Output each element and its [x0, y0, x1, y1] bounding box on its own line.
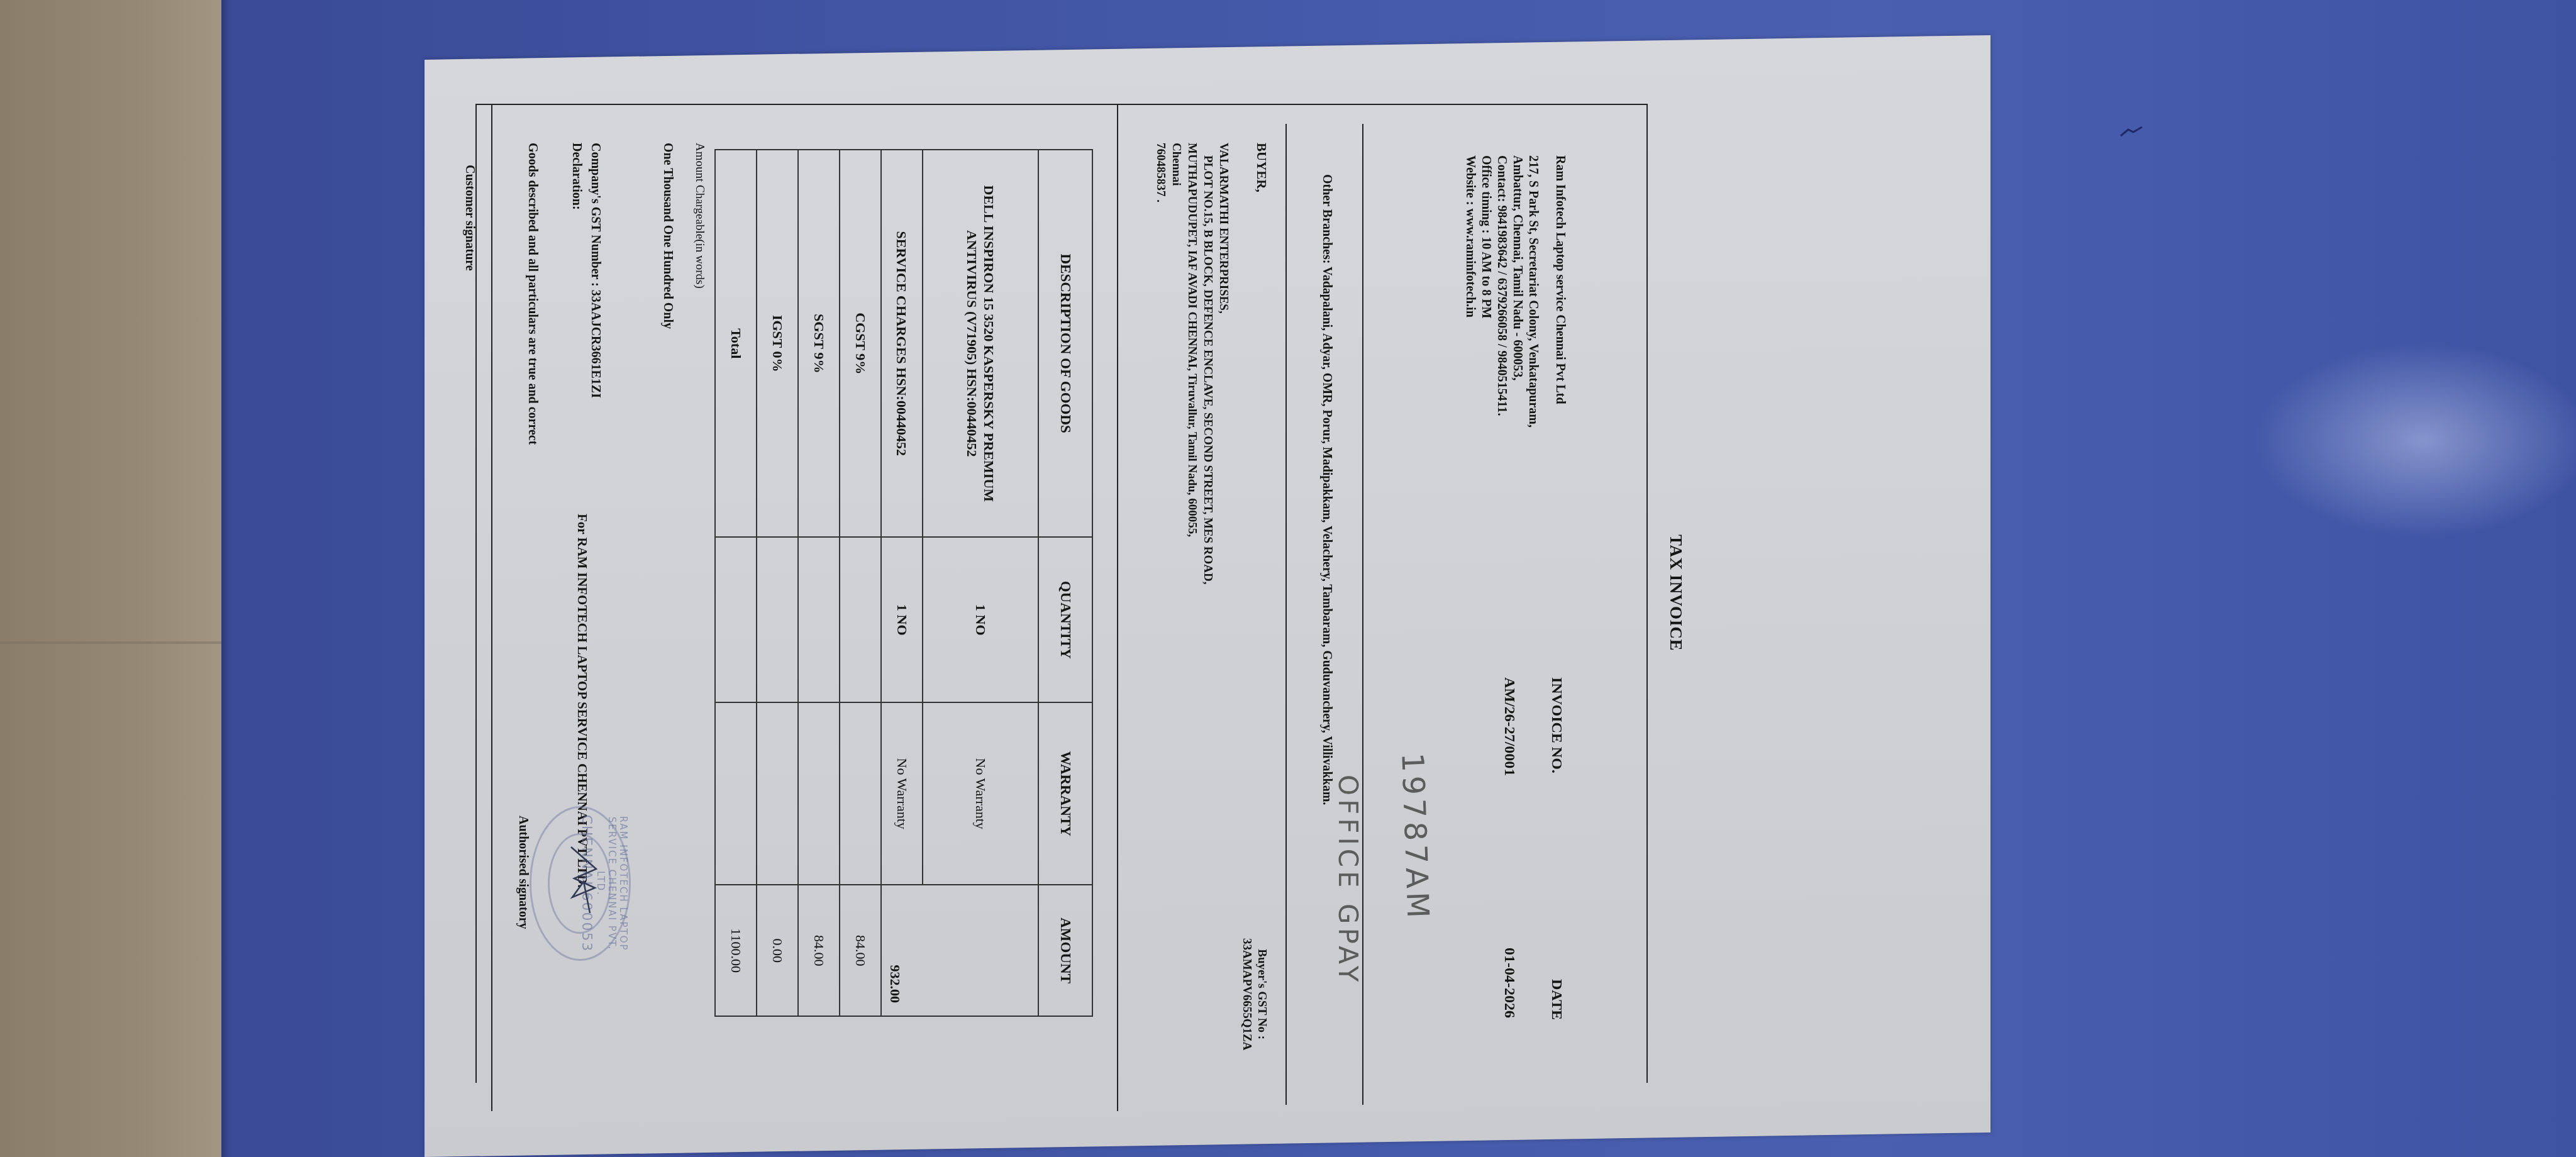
buyer-phone: 7604858​37 .	[1153, 143, 1169, 772]
seller-address-line: 217, S Park St, Secretariat Colony, Venk…	[1525, 155, 1541, 658]
empty-cell	[757, 537, 798, 702]
invoice-frame: Ram Infotech Laptop service Chennai Pvt …	[475, 104, 1648, 1083]
invoice-number-label: INVOICE NO.	[1548, 677, 1565, 773]
date-label: DATE	[1548, 979, 1565, 1020]
declaration-text: Goods described and all particulars are …	[525, 143, 540, 445]
section-divider	[1117, 105, 1118, 1111]
tax-row: IGST 0% 0.00	[757, 150, 798, 1016]
tax-label: SGST 9%	[798, 150, 840, 537]
buyer-block: BUYER, VALARMATHI ENTERPRISES, PLOT NO.1…	[1153, 143, 1269, 772]
declaration-label: Declaration:	[569, 143, 584, 210]
tax-amount: 84.00	[840, 885, 881, 1016]
customer-signature-label: Customer signature	[462, 165, 477, 271]
total-amount: 1100.00	[715, 885, 757, 1016]
item-quantity: 1 NO	[923, 537, 1038, 702]
signature-scribble-icon	[565, 844, 602, 919]
total-label: Total	[715, 150, 757, 537]
item-description: SERVICE CHARGES HSN:00440452	[881, 150, 923, 537]
empty-cell	[798, 537, 840, 702]
desk-edge	[221, 0, 230, 1157]
tax-row: SGST 9% 84.00	[798, 150, 840, 1016]
empty-cell	[715, 702, 757, 885]
header-amount: AMOUNT	[1038, 885, 1092, 1016]
item-quantity: 1 NO	[881, 537, 923, 702]
empty-cell	[798, 702, 840, 885]
empty-cell	[840, 537, 881, 702]
total-row: Total 1100.00	[715, 150, 757, 1016]
item-warranty: No Warranty	[923, 702, 1038, 885]
table-header-row: DESCRIPTION OF GOODS QUANTITY WARRANTY A…	[1038, 150, 1092, 1016]
empty-cell	[840, 702, 881, 885]
seller-address-line: Ambattur, Chennai, Tamil Nadu - 600053,	[1509, 155, 1525, 658]
floor-tile-seam	[0, 641, 226, 644]
header-quantity: QUANTITY	[1038, 537, 1092, 702]
document-title: TAX INVOICE	[1666, 79, 1685, 1107]
floor-background	[0, 0, 226, 1157]
item-amount: 932.00	[881, 885, 1038, 1016]
tax-amount: 0.00	[757, 885, 798, 1016]
invoice-number: AM/26-27/0001	[1501, 677, 1518, 776]
table-row: DELL INSPIRON 15 3520 KASPERSKY PREMIUM …	[923, 150, 1038, 1016]
empty-cell	[715, 537, 757, 702]
header-warranty: WARRANTY	[1038, 702, 1092, 885]
buyer-label: BUYER,	[1253, 143, 1269, 772]
authorised-signatory-label: Authorised signatory	[516, 816, 530, 929]
buyer-address-line: PLOT NO.15, B BLOCK, DEFENCE ENCLAVE, SE…	[1200, 143, 1216, 772]
other-branches-text: Other Branches: Vadapalani, Adyar, OMR, …	[1319, 174, 1334, 805]
item-warranty: No Warranty	[881, 702, 923, 885]
amount-in-words: One Thousand One Hundred Only	[660, 143, 675, 329]
company-gst-number: Company's GST Number : 33AAJCR3661E1ZI	[588, 143, 602, 398]
tax-label: CGST 9%	[840, 150, 881, 537]
buyer-gst-block: Buyer's GST No : 33AMAPV6655Q1ZA	[1239, 938, 1269, 1050]
seller-block: Ram Infotech Laptop service Chennai Pvt …	[1462, 155, 1568, 658]
amount-words-label: Amount Chargeable(in words)	[692, 143, 706, 289]
header-description: DESCRIPTION OF GOODS	[1038, 150, 1092, 537]
tax-amount: 84.00	[798, 885, 840, 1016]
buyer-name: VALARMATHI ENTERPRISES,	[1216, 143, 1231, 772]
seller-contact: Contact: 9841983642 / 6379266058 / 98405…	[1494, 155, 1509, 658]
seller-name: Ram Infotech Laptop service Chennai Pvt …	[1552, 155, 1568, 658]
buyer-city: Chennai	[1169, 143, 1184, 772]
tax-invoice-document: TAX INVOICE Ram Infotech Laptop service …	[531, 79, 1726, 1107]
tax-label: IGST 0%	[757, 150, 798, 537]
items-table: DESCRIPTION OF GOODS QUANTITY WARRANTY A…	[714, 149, 1093, 1017]
other-branches-bar: Other Branches: Vadapalani, Adyar, OMR, …	[1285, 124, 1363, 1105]
empty-cell	[757, 702, 798, 885]
item-description: DELL INSPIRON 15 3520 KASPERSKY PREMIUM …	[923, 150, 1038, 537]
buyer-address-line: MUTHAPUDUPET, IAF AVADI CHENNAI, Tiruval…	[1184, 143, 1200, 772]
handwritten-reference: 19787AM	[1394, 752, 1435, 922]
seller-website: Website : www.raminfotech.in	[1462, 155, 1478, 658]
tax-row: CGST 9% 84.00	[840, 150, 881, 1016]
signature-divider	[491, 105, 492, 1111]
buyer-gst-label: Buyer's GST No :	[1254, 938, 1269, 1050]
seller-office-timing: Office timing : 10 AM to 8 PM	[1478, 155, 1494, 658]
pen-mark-icon	[2119, 126, 2145, 137]
buyer-gst-number: 33AMAPV6655Q1ZA	[1239, 938, 1254, 1050]
invoice-date: 01-04-2026	[1501, 948, 1518, 1018]
